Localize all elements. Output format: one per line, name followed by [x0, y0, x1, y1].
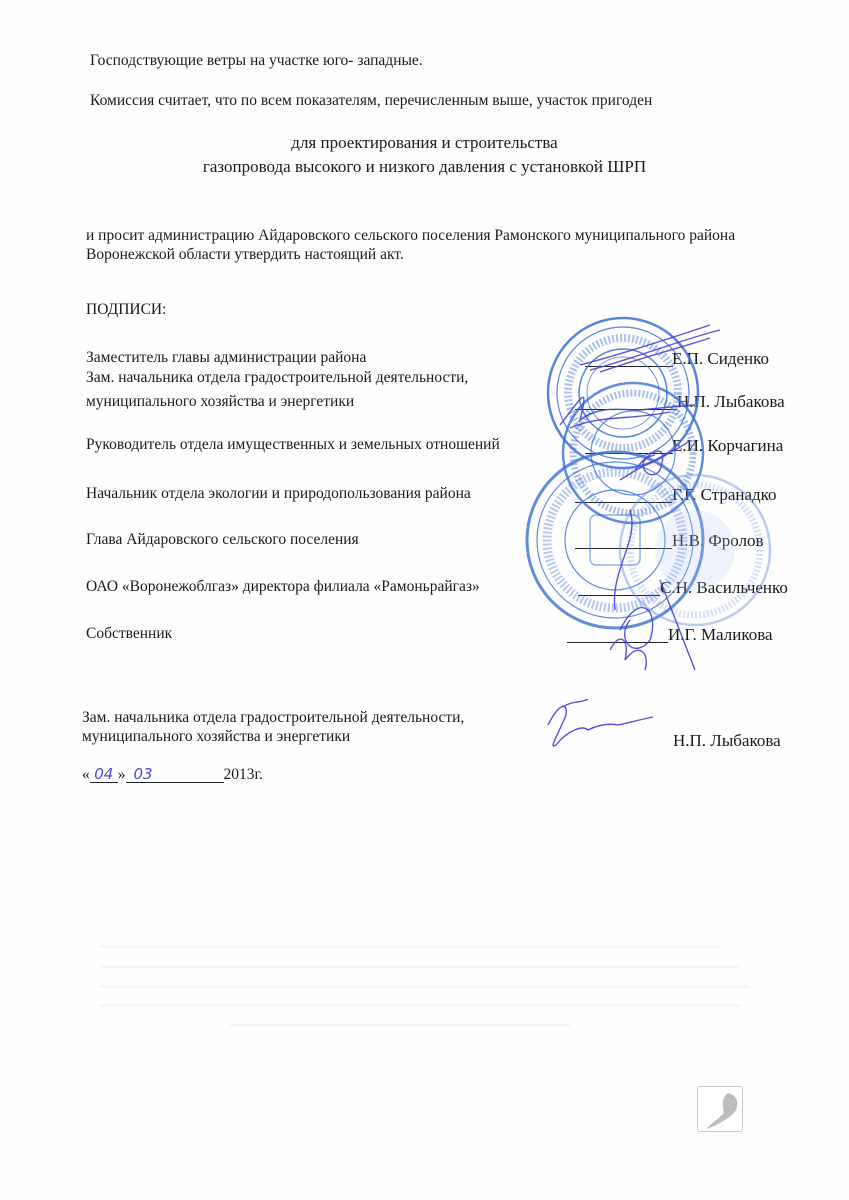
footer-position-line-1: Зам. начальника отдела градостроительной… [82, 710, 464, 726]
date-quote-open: « [82, 766, 90, 783]
handwritten-signature-icon [528, 695, 668, 755]
purpose-line-1: для проектирования и строительства [0, 134, 849, 151]
commission-line: Комиссия считает, что по всем показателя… [90, 93, 652, 109]
date-day: 04 [90, 767, 118, 783]
signatory-position: Начальник отдела экологии и природопольз… [86, 486, 471, 502]
official-stamps-and-signatures [520, 310, 820, 690]
footer-position-line-2: муниципального хозяйства и энергетики [82, 729, 350, 745]
signatory-position: Глава Айдаровского сельского поселения [86, 532, 359, 548]
scanner-watermark-icon [697, 1086, 743, 1132]
date-quote-close: » [118, 766, 126, 783]
date-year: 2013г. [224, 766, 263, 783]
footer-name: Н.П. Лыбакова [673, 732, 781, 749]
signatures-heading: ПОДПИСИ: [86, 302, 166, 318]
signatory-position: Руководитель отдела имущественных и земе… [86, 437, 500, 453]
winds-line: Господствующие ветры на участке юго- зап… [90, 53, 423, 69]
request-line-1: и просит администрацию Айдаровского сель… [86, 228, 735, 244]
stamp-icon [620, 475, 770, 625]
signatory-position: Заместитель главы администрации района [86, 350, 366, 366]
document-page: Господствующие ветры на участке юго- зап… [0, 0, 849, 1200]
signatory-position: муниципального хозяйства и энергетики [86, 394, 354, 410]
signatory-position: Собственник [86, 626, 172, 642]
signatory-position: ОАО «Воронежоблгаз» директора филиала «Р… [86, 579, 480, 595]
signatory-position: Зам. начальника отдела градостроительной… [86, 370, 468, 386]
date-month: 03 [126, 767, 224, 783]
purpose-line-2: газопровода высокого и низкого давления … [0, 158, 849, 175]
request-line-2: Воронежской области утвердить настоящий … [86, 247, 404, 263]
date-field: «04»032013г. [82, 767, 263, 783]
